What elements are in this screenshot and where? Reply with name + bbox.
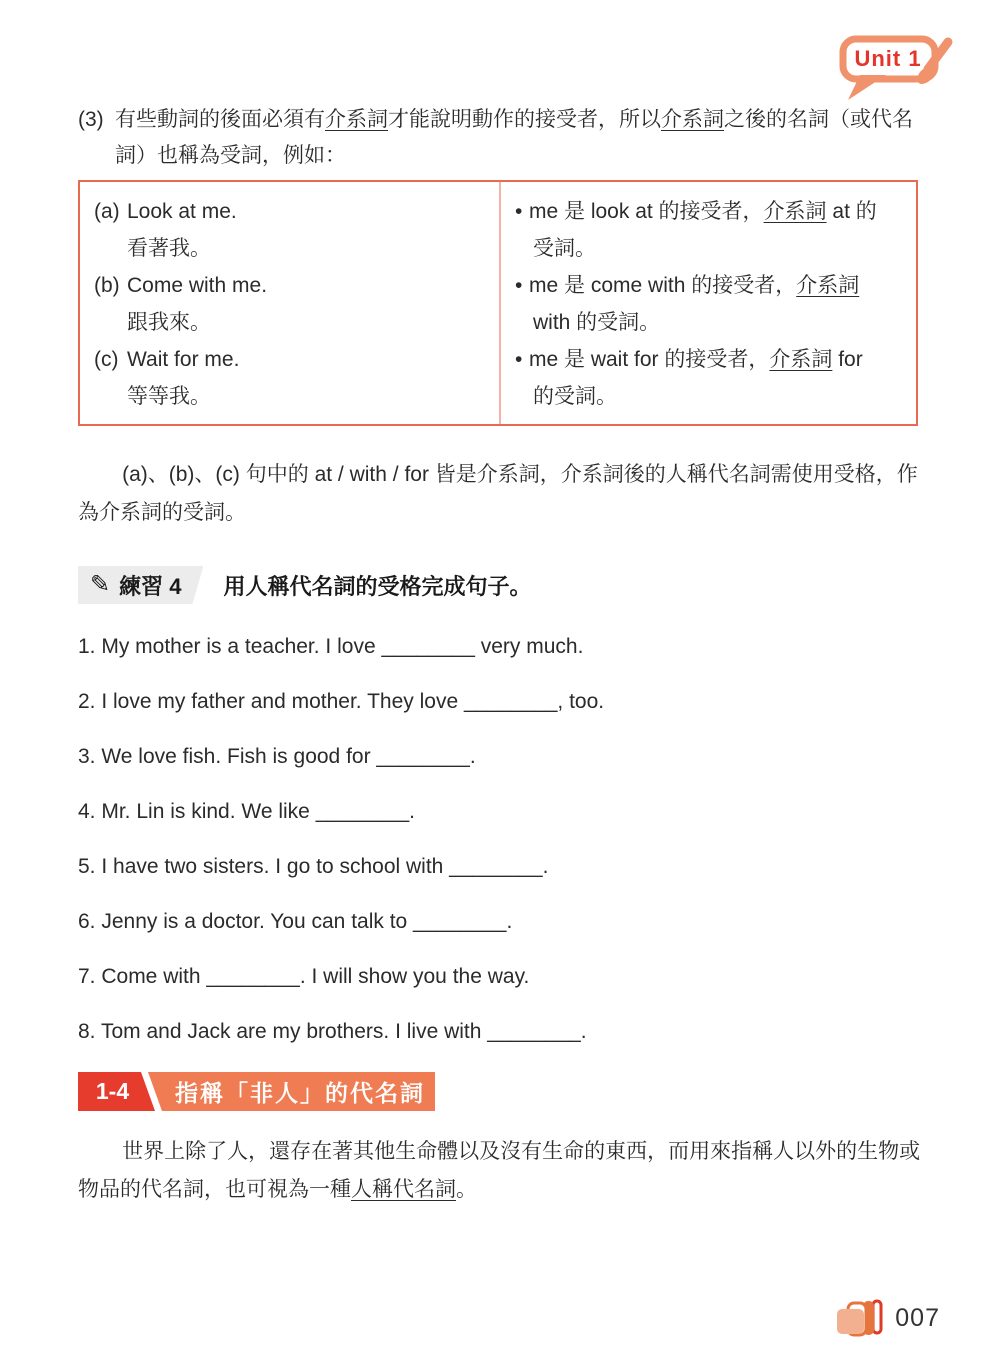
bullet-icon: • [515, 267, 529, 304]
explanation-text: with 的受詞。 [533, 311, 660, 334]
example-translation: 跟我來。 [127, 304, 485, 341]
example-label: (c) [94, 341, 127, 378]
example-table: (a)Look at me. 看著我。 (b)Come with me. 跟我來… [78, 180, 918, 426]
example-label: (b) [94, 267, 127, 304]
example-translation: 看著我。 [127, 230, 485, 267]
section-paragraph: 世界上除了人，還存在著其他生命體以及沒有生命的東西，而用來指稱人以外的生物或物品… [78, 1133, 923, 1209]
example-translation: 等等我。 [127, 378, 485, 415]
explanation-item: •me 是 look at 的接受者，介系詞 at 的受詞。 [515, 193, 902, 267]
exercise-item: 2. I love my father and mother. They lov… [78, 687, 920, 717]
exercise-item: 4. Mr. Lin is kind. We like ________. [78, 797, 920, 827]
exercise-item: 6. Jenny is a doctor. You can talk to __… [78, 907, 920, 937]
underlined-term: 介系詞 [764, 200, 827, 223]
exercise-item: 7. Come with ________. I will show you t… [78, 962, 920, 992]
example-row-b: (b)Come with me. 跟我來。 [94, 267, 485, 341]
example-sentence: Come with me. [127, 274, 267, 297]
example-label: (a) [94, 193, 127, 230]
exercise-item: 8. Tom and Jack are my brothers. I live … [78, 1017, 920, 1047]
underlined-term: 介系詞 [325, 108, 388, 131]
page-footer: 007 [835, 1299, 940, 1337]
practice-header: ✎ 練習 4 用人稱代名詞的受格完成句子。 [78, 566, 920, 604]
bullet-icon: • [515, 341, 529, 378]
explanation-text: me 是 wait for 的接受者， [529, 348, 769, 371]
intro-text: 有些動詞的後面必須有 [115, 108, 325, 131]
example-row-a: (a)Look at me. 看著我。 [94, 193, 485, 267]
underlined-term: 人稱代名詞 [351, 1178, 456, 1201]
exercise-list: 1. My mother is a teacher. I love ______… [78, 632, 920, 1047]
example-sentence: Wait for me. [127, 348, 239, 371]
exercise-item: 5. I have two sisters. I go to school wi… [78, 852, 920, 882]
example-sentence: Look at me. [127, 200, 237, 223]
intro-text: 才能說明動作的接受者，所以 [388, 108, 661, 131]
underlined-term: 介系詞 [769, 348, 832, 371]
explanation-item: •me 是 come with 的接受者，介系詞 with 的受詞。 [515, 267, 902, 341]
summary-paragraph: (a)、(b)、(c) 句中的 at / with / for 皆是介系詞，介系… [78, 456, 923, 532]
textbook-page: Unit 1 (3)有些動詞的後面必須有介系詞才能說明動作的接受者，所以介系詞之… [0, 0, 1000, 1369]
bullet-icon: • [515, 193, 529, 230]
example-table-left-cell: (a)Look at me. 看著我。 (b)Come with me. 跟我來… [80, 182, 501, 424]
intro-paragraph: (3)有些動詞的後面必須有介系詞才能說明動作的接受者，所以介系詞之後的名詞（或代… [78, 102, 923, 174]
section-1-4-header: 1-4 指稱「非人」的代名詞 [78, 1072, 435, 1111]
page-number: 007 [895, 1304, 940, 1333]
unit-label: Unit 1 [846, 46, 930, 72]
page-content: (3)有些動詞的後面必須有介系詞才能說明動作的接受者，所以介系詞之後的名詞（或代… [0, 0, 1000, 1209]
explanation-text: me 是 look at 的接受者， [529, 200, 764, 223]
section-title: 指稱「非人」的代名詞 [175, 1075, 425, 1108]
pencil-icon: ✎ [90, 573, 110, 597]
exercise-item: 3. We love fish. Fish is good for ______… [78, 742, 920, 772]
list-marker: (3) [78, 102, 115, 138]
example-row-c: (c)Wait for me. 等等我。 [94, 341, 485, 415]
section-text: 。 [456, 1178, 477, 1201]
underlined-term: 介系詞 [661, 108, 724, 131]
underlined-term: 介系詞 [796, 274, 859, 297]
book-pages-icon [835, 1299, 885, 1337]
example-table-right-cell: •me 是 look at 的接受者，介系詞 at 的受詞。 •me 是 com… [501, 182, 916, 424]
exercise-item: 1. My mother is a teacher. I love ______… [78, 632, 920, 662]
practice-instruction: 用人稱代名詞的受格完成句子。 [223, 570, 531, 601]
explanation-item: •me 是 wait for 的接受者，介系詞 for 的受詞。 [515, 341, 902, 415]
practice-badge-label: 練習 4 [119, 570, 181, 601]
explanation-text: me 是 come with 的接受者， [529, 274, 796, 297]
section-text: 世界上除了人，還存在著其他生命體以及沒有生命的東西，而用來指稱人以外的生物或物品… [78, 1140, 920, 1201]
practice-badge: ✎ 練習 4 [78, 566, 203, 604]
unit-badge: Unit 1 [820, 30, 960, 108]
